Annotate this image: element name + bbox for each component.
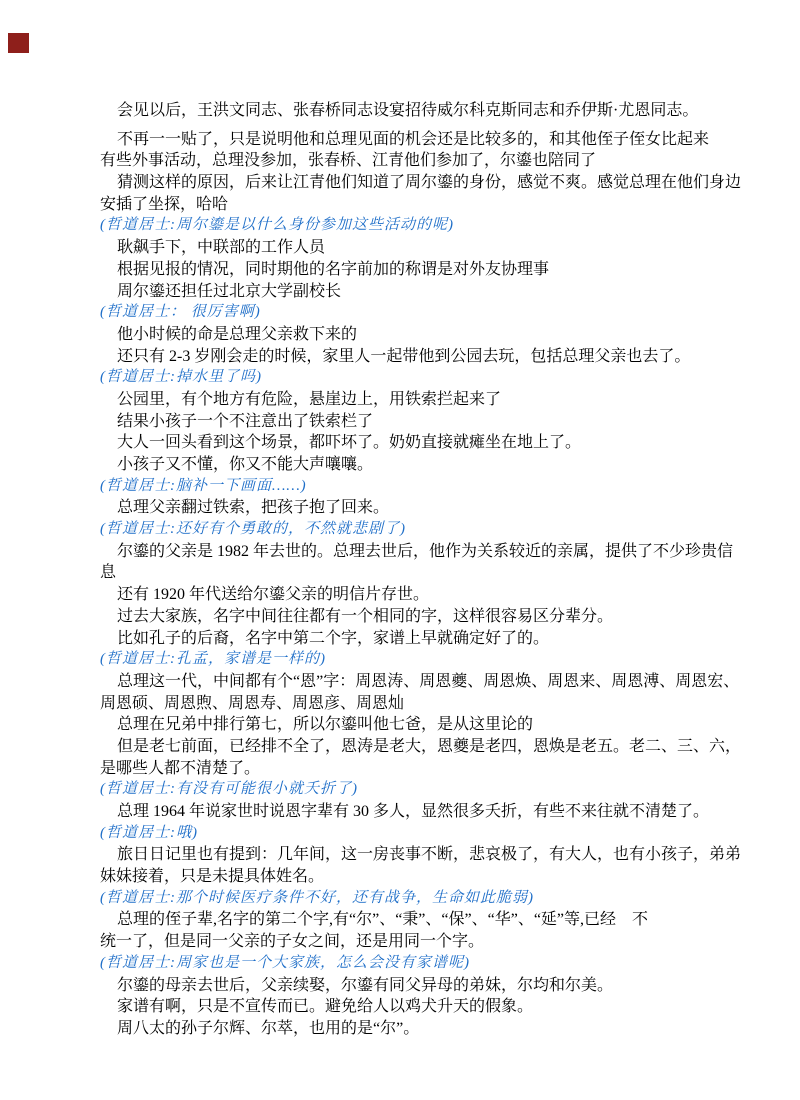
body-text-line: 统一了，但是同一父亲的子女之间，还是用同一个字。 xyxy=(100,931,732,953)
document-body: 会见以后，王洪文同志、张春桥同志设宴招待威尔科克斯同志和乔伊斯·尤恩同志。不再一… xyxy=(100,100,732,1040)
body-text-line: 总理的侄子辈,名字的第二个字,有“尔”、“秉”、“保”、“华”、“延”等,已经 … xyxy=(100,909,732,931)
body-text-line: 尔鎏的父亲是 1982 年去世的。总理去世后，他作为关系较近的亲属，提供了不少珍… xyxy=(100,541,732,563)
body-text-line: 猜测这样的原因，后来让江青他们知道了周尔鎏的身份，感觉不爽。感觉总理在他们身边 xyxy=(100,172,732,194)
body-text-line: 旅日日记里也有提到：几年间，这一房丧事不断，悲哀极了，有大人，也有小孩子，弟弟 xyxy=(100,844,732,866)
body-text-line: 过去大家族，名字中间往往都有一个相同的字，这样很容易区分辈分。 xyxy=(100,606,732,628)
commenter-note-line: (哲道居士:掉水里了吗) xyxy=(100,367,732,389)
body-text-line: 总理在兄弟中排行第七，所以尔鎏叫他七爸，是从这里论的 xyxy=(100,714,732,736)
body-text-line: 息 xyxy=(100,562,732,584)
body-text-line: 总理父亲翻过铁索，把孩子抱了回来。 xyxy=(100,497,732,519)
body-text-line: 会见以后，王洪文同志、张春桥同志设宴招待威尔科克斯同志和乔伊斯·尤恩同志。 xyxy=(100,100,732,122)
body-text-line: 周八太的孙子尔辉、尔萃，也用的是“尔”。 xyxy=(100,1018,732,1040)
body-text-line: 是哪些人都不清楚了。 xyxy=(100,758,732,780)
body-text-line: 结果小孩子一个不注意出了铁索栏了 xyxy=(100,411,732,433)
commenter-note-line: (哲道居士： 很厉害啊) xyxy=(100,302,732,324)
red-marker xyxy=(8,33,29,53)
body-text-line: 周尔鎏还担任过北京大学副校长 xyxy=(100,281,732,303)
body-text-line: 总理 1964 年说家世时说恩字辈有 30 多人，显然很多夭折，有些不来往就不清… xyxy=(100,801,732,823)
commenter-note-line: (哲道居士:那个时候医疗条件不好，还有战争，生命如此脆弱) xyxy=(100,888,732,910)
body-text-line: 妹妹接着，只是未提具体姓名。 xyxy=(100,866,732,888)
body-text-line: 不再一一贴了，只是说明他和总理见面的机会还是比较多的，和其他侄子侄女比起来 xyxy=(100,129,732,151)
body-text-line: 公园里，有个地方有危险，悬崖边上，用铁索拦起来了 xyxy=(100,389,732,411)
commenter-note-line: (哲道居士:周尔鎏是以什么身份参加这些活动的呢) xyxy=(100,215,732,237)
paragraph-spacer xyxy=(100,122,732,129)
body-text-line: 小孩子又不懂，你又不能大声嚷嚷。 xyxy=(100,454,732,476)
document-page: 会见以后，王洪文同志、张春桥同志设宴招待威尔科克斯同志和乔伊斯·尤恩同志。不再一… xyxy=(0,0,800,1100)
body-text-line: 还只有 2-3 岁刚会走的时候，家里人一起带他到公园去玩，包括总理父亲也去了。 xyxy=(100,346,732,368)
body-text-line: 安插了坐探，哈哈 xyxy=(100,194,732,216)
body-text-line: 大人一回头看到这个场景，都吓坏了。奶奶直接就瘫坐在地上了。 xyxy=(100,432,732,454)
body-text-line: 有些外事活动，总理没参加，张春桥、江青他们参加了，尔鎏也陪同了 xyxy=(100,150,732,172)
commenter-note-line: (哲道居士:孔孟，家谱是一样的) xyxy=(100,649,732,671)
commenter-note-line: (哲道居士:哦) xyxy=(100,823,732,845)
body-text-line: 还有 1920 年代送给尔鎏父亲的明信片存世。 xyxy=(100,584,732,606)
body-text-line: 总理这一代，中间都有个“恩”字：周恩涛、周恩夔、周恩焕、周恩来、周恩溥、周恩宏、 xyxy=(100,671,732,693)
commenter-note-line: (哲道居士:脑补一下画面……) xyxy=(100,476,732,498)
commenter-note-line: (哲道居士:周家也是一个大家族，怎么会没有家谱呢) xyxy=(100,953,732,975)
body-text-line: 但是老七前面，已经排不全了，恩涛是老大，恩夔是老四，恩焕是老五。老二、三、六， xyxy=(100,736,732,758)
body-text-line: 比如孔子的后裔，名字中第二个字，家谱上早就确定好了的。 xyxy=(100,628,732,650)
body-text-line: 他小时候的命是总理父亲救下来的 xyxy=(100,324,732,346)
body-text-line: 家谱有啊，只是不宣传而已。避免给人以鸡犬升天的假象。 xyxy=(100,996,732,1018)
body-text-line: 周恩硕、周恩煦、周恩寿、周恩彦、周恩灿 xyxy=(100,693,732,715)
body-text-line: 根据见报的情况，同时期他的名字前加的称谓是对外友协理事 xyxy=(100,259,732,281)
commenter-note-line: (哲道居士:还好有个勇敢的，不然就悲剧了) xyxy=(100,519,732,541)
body-text-line: 耿飙手下，中联部的工作人员 xyxy=(100,237,732,259)
commenter-note-line: (哲道居士:有没有可能很小就夭折了) xyxy=(100,779,732,801)
body-text-line: 尔鎏的母亲去世后，父亲续娶，尔鎏有同父异母的弟妹，尔均和尔美。 xyxy=(100,975,732,997)
